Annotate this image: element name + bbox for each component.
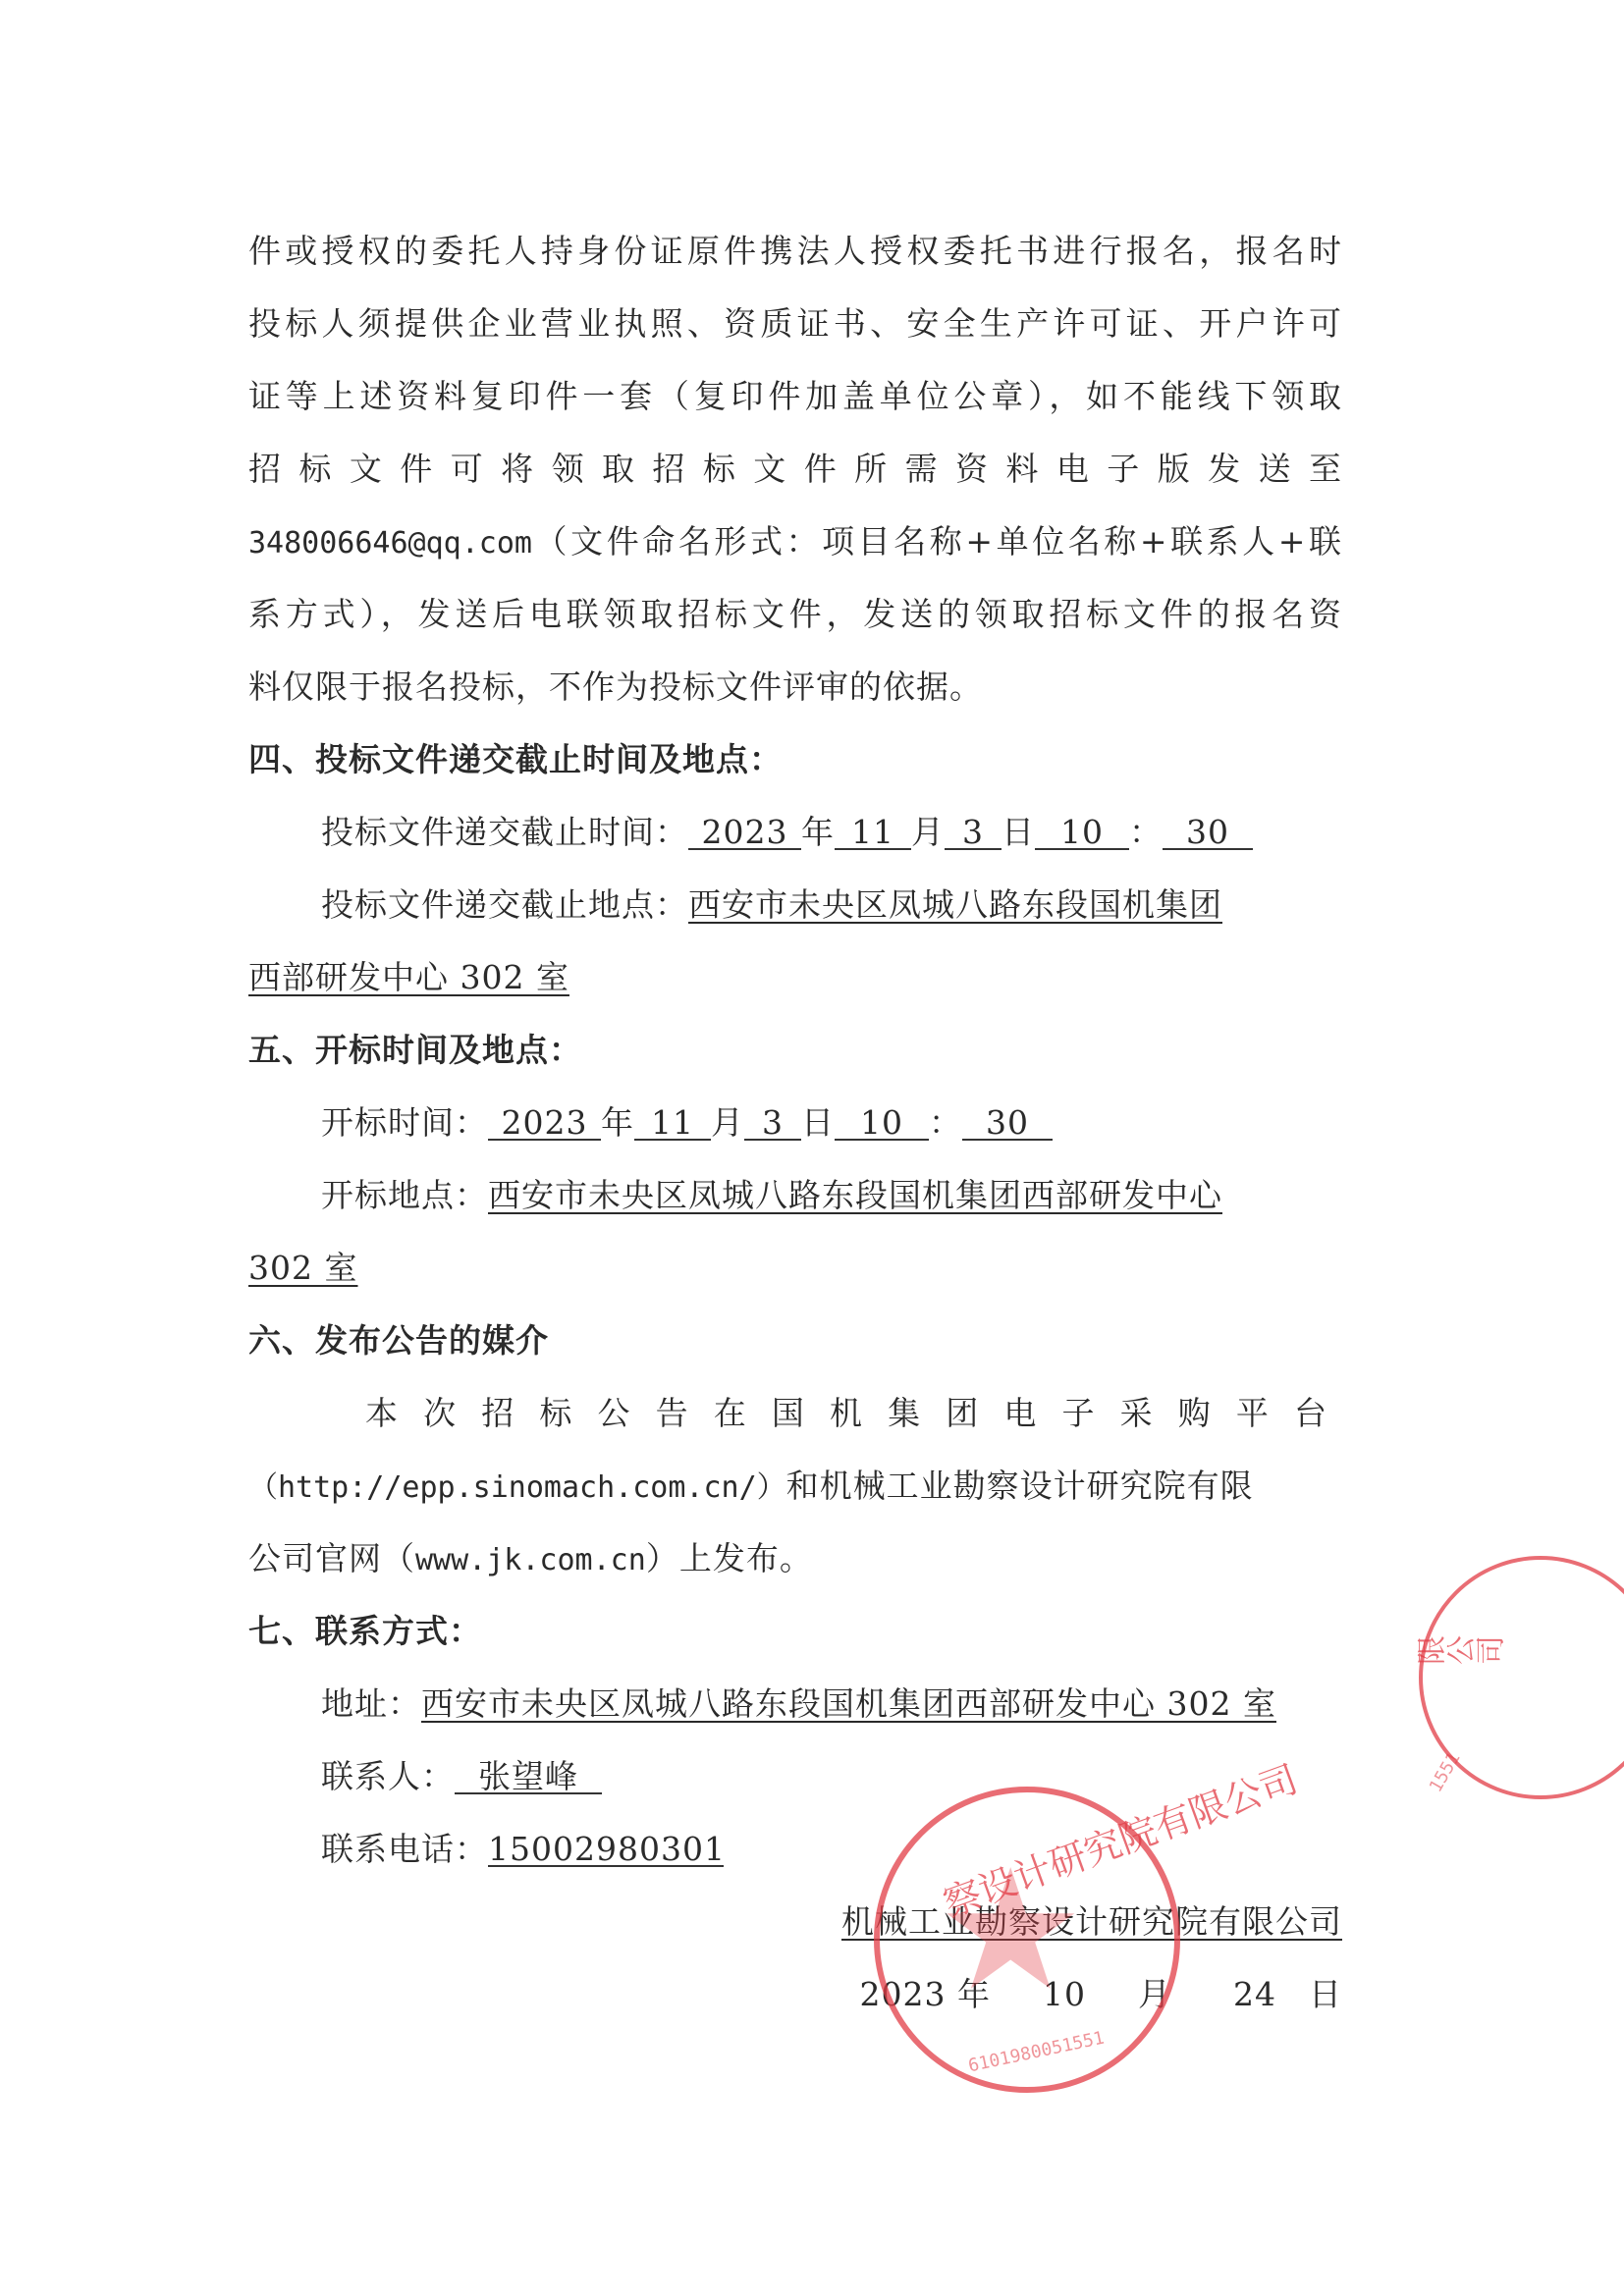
- opening-location-row-2: 302 室: [248, 1249, 1342, 1288]
- partial-seal-text: 限公司: [1416, 1632, 1504, 1676]
- contact-name: 张望峰: [455, 1757, 602, 1794]
- partial-seal-code: 1551: [1426, 1748, 1465, 1795]
- opening-time-label: 开标时间：: [321, 1103, 488, 1142]
- paragraph-line: 系方式），发送后电联领取招标文件，发送的领取招标文件的报名资: [248, 595, 1342, 634]
- deadline-hour: 10: [1035, 813, 1129, 850]
- deadline-location-row-2: 西部研发中心 302 室: [248, 958, 1342, 997]
- paragraph-line: 料仅限于报名投标，不作为投标文件评审的依据。: [248, 667, 1342, 707]
- deadline-location-label: 投标文件递交截止地点：: [321, 885, 688, 924]
- opening-location-line1: 西安市未央区凤城八路东段国机集团西部研发中心: [488, 1176, 1222, 1214]
- day-unit: 日: [801, 1103, 835, 1142]
- partial-seal: [1419, 1556, 1624, 1799]
- sign-day-unit: 日: [1309, 1975, 1342, 2013]
- jk-url-link[interactable]: www.jk.com.cn: [415, 1543, 646, 1577]
- opening-location-label: 开标地点：: [321, 1176, 488, 1214]
- section-5-heading: 五、开标时间及地点：: [248, 1031, 1342, 1070]
- opening-year: 2023: [488, 1103, 601, 1141]
- sign-day: 24: [1233, 1975, 1276, 2013]
- address-row: 地址：西安市未央区凤城八路东段国机集团西部研发中心 302 室: [321, 1684, 1342, 1724]
- phone-row: 联系电话：15002980301: [321, 1830, 1342, 1869]
- deadline-location-line2: 西部研发中心 302 室: [248, 958, 569, 996]
- opening-location-line2: 302 室: [248, 1249, 357, 1287]
- signature-date-row: 2023 年 10 月 24 日: [248, 1975, 1342, 2014]
- media-line-1: 本次招标公告在国机集团电子采购平台: [365, 1394, 1342, 1433]
- media-line-3-suffix: ）上发布。: [646, 1539, 813, 1577]
- phone-value[interactable]: 15002980301: [488, 1830, 724, 1867]
- deadline-location-line1: 西安市未央区凤城八路东段国机集团: [688, 885, 1222, 924]
- paragraph-line-email: 348006646@qq.com（文件命名形式：项目名称+单位名称+联系人+联: [248, 522, 1342, 561]
- deadline-day: 3: [945, 813, 1001, 850]
- opening-minute: 30: [962, 1103, 1053, 1141]
- document-page: 件或授权的委托人持身份证原件携法人授权委托书进行报名，报名时 投标人须提供企业营…: [0, 0, 1624, 2296]
- opening-time-row: 开标时间：2023年11月3日10：30: [321, 1103, 1342, 1143]
- section-7-heading: 七、联系方式：: [248, 1612, 1342, 1651]
- media-line-2: （http://epp.sinomach.com.cn/）和机械工业勘察设计研究…: [248, 1467, 1342, 1506]
- email-link[interactable]: 348006646@qq.com: [248, 526, 532, 561]
- media-line-3-prefix: 公司官网（: [248, 1539, 415, 1577]
- day-unit: 日: [1001, 813, 1035, 851]
- opening-day: 3: [744, 1103, 801, 1141]
- phone-label: 联系电话：: [321, 1830, 488, 1868]
- media-line-3: 公司官网（www.jk.com.cn）上发布。: [248, 1539, 1342, 1578]
- year-unit: 年: [601, 1103, 634, 1142]
- month-unit: 月: [911, 813, 945, 851]
- time-separator: ：: [929, 1103, 962, 1142]
- deadline-location-row: 投标文件递交截止地点：西安市未央区凤城八路东段国机集团: [321, 885, 1342, 925]
- signature-company: 机械工业勘察设计研究院有限公司: [841, 1902, 1342, 1941]
- section-4-heading: 四、投标文件递交截止时间及地点：: [248, 740, 1342, 779]
- deadline-month: 11: [835, 813, 911, 850]
- sign-month: 10: [1043, 1975, 1086, 2013]
- sign-year: 2023: [860, 1975, 947, 2013]
- opening-hour: 10: [835, 1103, 929, 1141]
- year-unit: 年: [801, 813, 835, 851]
- deadline-row: 投标文件递交截止时间：2023年11月3日10：30: [321, 813, 1342, 852]
- contact-label: 联系人：: [321, 1757, 455, 1795]
- deadline-minute: 30: [1163, 813, 1253, 850]
- paragraph-line: 投标人须提供企业营业执照、资质证书、安全生产许可证、开户许可: [248, 304, 1342, 344]
- address-value: 西安市未央区凤城八路东段国机集团西部研发中心 302 室: [421, 1684, 1276, 1723]
- opening-month: 11: [634, 1103, 711, 1141]
- month-unit: 月: [711, 1103, 744, 1142]
- sign-year-unit: 年: [957, 1975, 991, 2013]
- time-separator: ：: [1129, 813, 1163, 851]
- deadline-label: 投标文件递交截止时间：: [321, 813, 688, 851]
- opening-location-row: 开标地点：西安市未央区凤城八路东段国机集团西部研发中心: [321, 1176, 1342, 1215]
- paragraph-line: 证等上述资料复印件一套（复印件加盖单位公章），如不能线下领取: [248, 377, 1342, 416]
- paragraph-line: 招标文件可将领取招标文件所需资料电子版发送至: [248, 450, 1342, 489]
- deadline-year: 2023: [688, 813, 801, 850]
- paragraph-line: 件或授权的委托人持身份证原件携法人授权委托书进行报名，报名时: [248, 232, 1342, 271]
- sinomach-url-link[interactable]: （http://epp.sinomach.com.cn/）: [248, 1470, 786, 1505]
- media-line-2-text: 和机械工业勘察设计研究院有限: [786, 1467, 1254, 1505]
- sign-month-unit: 月: [1138, 1975, 1171, 2013]
- email-suffix: （文件命名形式：项目名称+单位名称+联系人+联: [532, 522, 1342, 561]
- section-6-heading: 六、发布公告的媒介: [248, 1321, 1342, 1361]
- seal-code: 6101980051551: [966, 2028, 1106, 2077]
- contact-row: 联系人：张望峰: [321, 1757, 1342, 1796]
- address-label: 地址：: [321, 1684, 421, 1723]
- signature-company-row: 机械工业勘察设计研究院有限公司: [248, 1902, 1342, 1942]
